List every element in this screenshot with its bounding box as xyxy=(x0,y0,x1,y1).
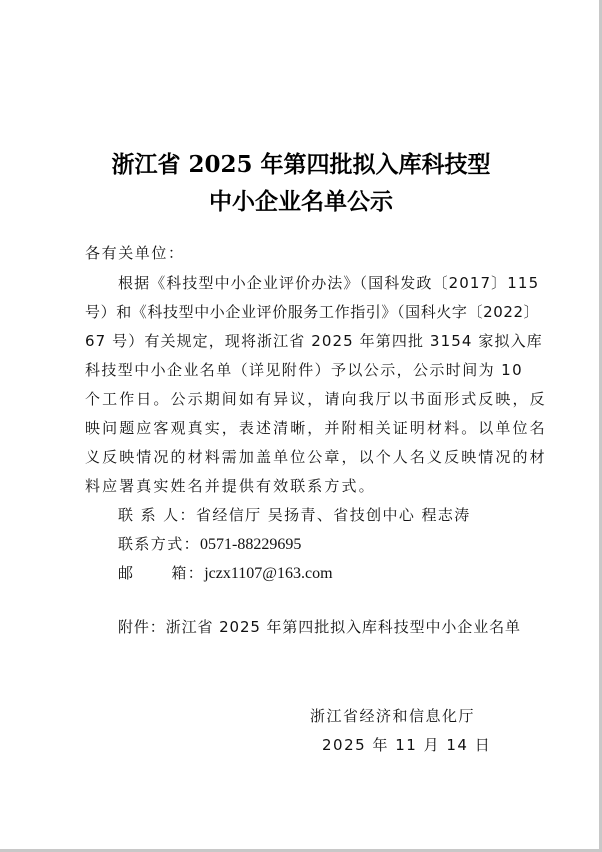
signature-date: 2025 年 11 月 14 日 xyxy=(322,734,491,755)
contact-phone-value: 0571-88229695 xyxy=(200,536,301,553)
contact-person-row: 联 系 人：省经信厅 吴扬青、省技创中心 程志涛 xyxy=(118,505,548,525)
body-line-6: 映问题应客观真实，表述清晰，并附相关证明材料。以单位名 xyxy=(85,418,515,438)
contact-email-row: 邮 箱：jczx1107@163.com xyxy=(118,563,548,584)
contact-email-label: 邮 箱： xyxy=(118,563,204,583)
body-line-4: 科技型中小企业名单（详见附件）予以公示，公示时间为 10 xyxy=(85,360,515,380)
contact-phone-row: 联系方式：0571-88229695 xyxy=(118,534,548,555)
body-line-1: 根据《科技型中小企业评价办法》（国科发政〔2017〕115 xyxy=(118,273,515,293)
document-title-line-2: 中小企业名单公示 xyxy=(0,183,602,216)
attachment-note: 附件：浙江省 2025 年第四批拟入库科技型中小企业名单 xyxy=(118,617,548,637)
body-line-8: 料应署真实姓名并提供有效联系方式。 xyxy=(85,476,515,496)
document-page: 浙江省 2025 年第四批拟入库科技型 中小企业名单公示 各有关单位： 根据《科… xyxy=(0,0,602,852)
document-title-line-1: 浙江省 2025 年第四批拟入库科技型 xyxy=(0,146,602,179)
signature-organization: 浙江省经济和信息化厅 xyxy=(310,705,475,726)
contact-phone-label: 联系方式： xyxy=(118,534,200,554)
contact-person-label: 联 系 人： xyxy=(118,505,196,525)
body-line-5: 个工作日。公示期间如有异议，请向我厅以书面形式反映，反 xyxy=(85,389,515,409)
contact-person-value: 省经信厅 吴扬青、省技创中心 程志涛 xyxy=(196,506,471,524)
contact-email-value[interactable]: jczx1107@163.com xyxy=(204,565,332,582)
body-line-3: 67 号）有关规定，现将浙江省 2025 年第四批 3154 家拟入库 xyxy=(85,331,515,351)
body-line-7: 义反映情况的材料需加盖单位公章，以个人名义反映情况的材 xyxy=(85,447,515,467)
body-line-2: 号）和《科技型中小企业评价服务工作指引》（国科火字〔2022〕 xyxy=(85,302,515,322)
salutation: 各有关单位： xyxy=(85,243,515,263)
